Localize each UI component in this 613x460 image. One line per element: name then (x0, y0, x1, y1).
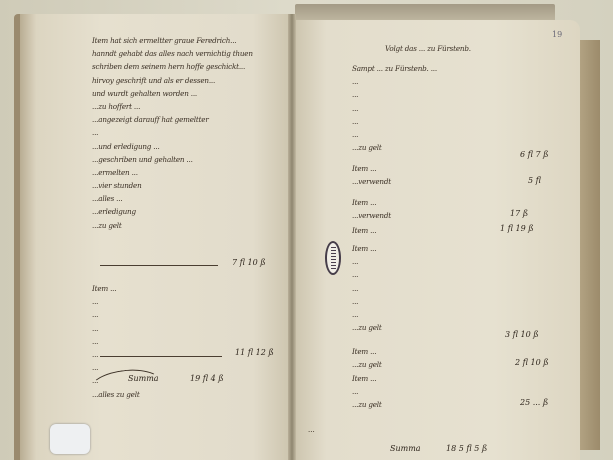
entry-rule (100, 356, 222, 357)
text-line: ...zu gelt (92, 219, 274, 232)
right-entry-3: Item ... ...verwendt (352, 196, 532, 222)
text-line: ...vier stunden (92, 179, 274, 192)
text-line: ... (352, 115, 542, 128)
text-line: ...alles ... (92, 192, 274, 205)
entry-amount: 25 ... ß (520, 398, 548, 407)
library-stamp (325, 241, 341, 275)
text-line: Item ... (92, 282, 274, 295)
entry-amount: 2 fl 10 ß (515, 358, 549, 367)
text-line: ... (352, 308, 542, 321)
text-line: Item hat sich ermeltter graue Feredrich.… (92, 34, 274, 47)
text-line: ...zu gelt (352, 141, 542, 154)
right-entry-4: Item ... (352, 224, 472, 237)
text-line: ...verwendt (352, 209, 532, 222)
summa-amount: 18 5 fl 5 ß (446, 444, 487, 453)
entry-amount: 5 fl (528, 176, 541, 185)
text-line: ... (92, 126, 274, 139)
text-line: hirvoy geschrift und als er dessen... (92, 74, 274, 87)
text-line: und wurdt gehalten worden ... (92, 87, 274, 100)
right-entry-5: Item ... ... ... ... ... ... ...zu gelt (352, 242, 542, 334)
entry-rule (100, 265, 218, 266)
entry-amount: 6 fl 7 ß (520, 150, 549, 159)
right-entry-6: Item ... ...zu gelt (352, 345, 502, 371)
entry-amount: 7 fl 10 ß (232, 258, 266, 267)
text-line: ...zu gelt (352, 358, 502, 371)
text-line: ... (92, 322, 274, 335)
text-line: ... (352, 255, 542, 268)
text-line: Item ... (352, 162, 532, 175)
text-line: ... (352, 385, 532, 398)
text-line: Item ... (352, 242, 542, 255)
text-line: ...geschriben und gehalten ... (92, 153, 274, 166)
text-line: Item ... (352, 345, 502, 358)
page-number: 19 (552, 30, 562, 39)
text-line: Sampt ... zu Fürstenb. ... (352, 62, 542, 75)
entry-amount: 11 fl 12 ß (235, 348, 274, 357)
text-line: ...erledigung (92, 205, 274, 218)
entry-amount: 3 fl 10 ß (505, 330, 539, 339)
left-entry-1: Item hat sich ermeltter graue Feredrich.… (92, 34, 274, 232)
entry-amount: 17 ß (510, 209, 528, 218)
text-line: Item ... (352, 372, 532, 385)
book-spine (288, 14, 296, 460)
white-tag (50, 424, 90, 454)
text-line: schriben dem seinem hern hoffe geschickt… (92, 60, 274, 73)
text-line: ... (352, 128, 542, 141)
text-line: ...zu hoffert ... (92, 100, 274, 113)
text-line: ... (92, 335, 274, 348)
page-heading: Volgt das ... zu Fürstenb. (385, 42, 545, 55)
text-line: ...verwendt (352, 175, 532, 188)
stamp-text (331, 247, 336, 269)
text-line: ... (352, 102, 542, 115)
text-line: ... (352, 268, 542, 281)
right-entry-2: Item ... ...verwendt (352, 162, 532, 188)
text-line: ... (352, 282, 542, 295)
text-line: ...ermelten ... (92, 166, 274, 179)
text-line: hanndt gehabt das alles nach vernichtig … (92, 47, 274, 60)
text-line: Item ... (352, 224, 472, 237)
text-line: ...und erledigung ... (92, 140, 274, 153)
summa-label: Summa (390, 444, 421, 453)
summa-amount: 19 fl 4 ß (190, 374, 224, 383)
margin-note: ... (308, 426, 315, 434)
entry-amount: 1 fl 19 ß (500, 224, 534, 233)
right-entry-7: Item ... ... ...zu gelt (352, 372, 532, 412)
text-line: ...zu gelt (352, 398, 532, 411)
text-line: ... (352, 88, 542, 101)
text-line: ...angezeigt darauff hat gemeltter (92, 113, 274, 126)
text-line: ... (92, 295, 274, 308)
summa-label: Summa (128, 374, 159, 383)
right-entry-1: Sampt ... zu Fürstenb. ... ... ... ... .… (352, 62, 542, 154)
text-line: ... (352, 295, 542, 308)
text-line: ... (92, 308, 274, 321)
text-line: ... (352, 75, 542, 88)
text-line: Item ... (352, 196, 532, 209)
